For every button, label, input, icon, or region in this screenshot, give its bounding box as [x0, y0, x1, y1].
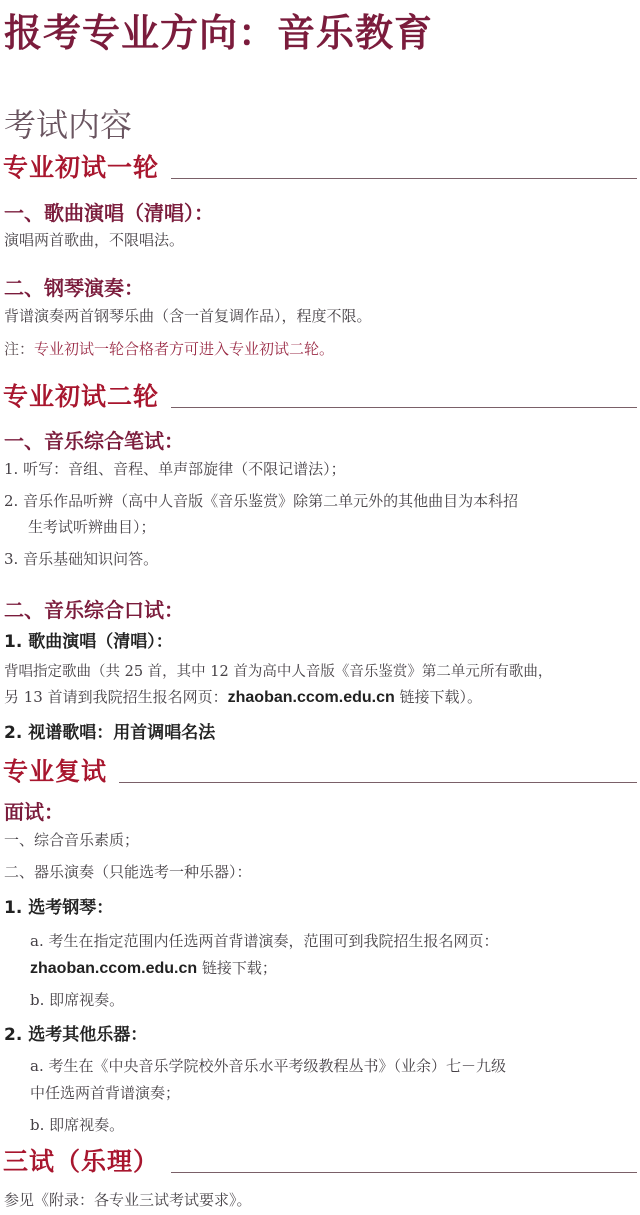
divider — [119, 782, 637, 783]
section-third: 三试（乐理） — [3, 1142, 637, 1178]
section-round2-heading: 专业初试二轮 — [3, 377, 159, 413]
oral-1-line2: 另 13 首请到我院招生报名网页：zhaoban.ccom.edu.cn 链接下… — [4, 686, 482, 707]
round1-item2-text: 背谱演奏两首钢琴乐曲（含一首复调作品），程度不限。 — [4, 305, 372, 326]
oral-2-title: 2. 视谱歌唱：用首调唱名法 — [4, 718, 215, 743]
piano-a-line2: zhaoban.ccom.edu.cn 链接下载； — [30, 957, 277, 978]
oral-1-text-post: 链接下载）。 — [395, 688, 482, 706]
url-link[interactable]: zhaoban.ccom.edu.cn — [228, 689, 395, 706]
other-b: b. 即席视奏。 — [30, 1114, 124, 1135]
section-retest: 专业复试 — [3, 752, 637, 788]
piano-title: 1. 选考钢琴： — [4, 893, 113, 918]
written-item-1: 1. 听写：音组、音程、单声部旋律（不限记谱法）； — [4, 458, 346, 479]
interview-title: 面试： — [4, 796, 64, 825]
page-title: 报考专业方向：音乐教育 — [4, 2, 433, 57]
other-title: 2. 选考其他乐器： — [4, 1020, 147, 1045]
written-item-2-cont: 生考试听辨曲目）； — [28, 516, 156, 537]
other-a-line1: a. 考生在《中央音乐学院校外音乐水平考级教程丛书》（业余）七－九级 — [30, 1055, 506, 1076]
oral-1-text: 另 13 首请到我院招生报名网页： — [4, 688, 228, 706]
note-label: 注： — [4, 340, 34, 358]
piano-b: b. 即席视奏。 — [30, 989, 124, 1010]
written-item-3: 3. 音乐基础知识问答。 — [4, 548, 158, 569]
note-text: 专业初试一轮合格者方可进入专业初试二轮。 — [34, 340, 334, 358]
oral-1-title: 1. 歌曲演唱（清唱）： — [4, 627, 173, 652]
piano-a-post: 链接下载； — [197, 959, 277, 977]
divider — [171, 407, 637, 408]
retest-item-1: 一、综合音乐素质； — [4, 829, 139, 850]
round1-item1-title: 一、歌曲演唱（清唱）： — [4, 197, 214, 226]
oral-title: 二、音乐综合口试： — [4, 594, 184, 623]
exam-content-heading: 考试内容 — [4, 100, 132, 146]
round1-item2-title: 二、钢琴演奏： — [4, 272, 144, 301]
piano-a-line1: a. 考生在指定范围内任选两首背谱演奏，范围可到我院招生报名网页： — [30, 930, 498, 951]
url-link[interactable]: zhaoban.ccom.edu.cn — [30, 960, 197, 977]
oral-1-line1: 背唱指定歌曲（共 25 首，其中 12 首为高中人音版《音乐鉴赏》第二单元所有歌… — [4, 660, 552, 681]
round1-note: 注：专业初试一轮合格者方可进入专业初试二轮。 — [4, 338, 334, 359]
section-third-heading: 三试（乐理） — [3, 1142, 159, 1178]
round1-item1-text: 演唱两首歌曲，不限唱法。 — [4, 229, 184, 250]
divider — [171, 1172, 637, 1173]
section-round1-heading: 专业初试一轮 — [3, 148, 159, 184]
other-a-line2: 中任选两首背谱演奏； — [30, 1082, 180, 1103]
divider — [171, 178, 637, 179]
written-title: 一、音乐综合笔试： — [4, 425, 184, 454]
retest-item-2: 二、器乐演奏（只能选考一种乐器）： — [4, 861, 252, 882]
section-round2: 专业初试二轮 — [3, 377, 637, 413]
written-item-2: 2. 音乐作品听辨（高中人音版《音乐鉴赏》除第二单元外的其他曲目为本科招 — [4, 490, 518, 511]
third-text: 参见《附录：各专业三试考试要求》。 — [4, 1189, 252, 1210]
section-round1: 专业初试一轮 — [3, 148, 637, 184]
section-retest-heading: 专业复试 — [3, 752, 107, 788]
